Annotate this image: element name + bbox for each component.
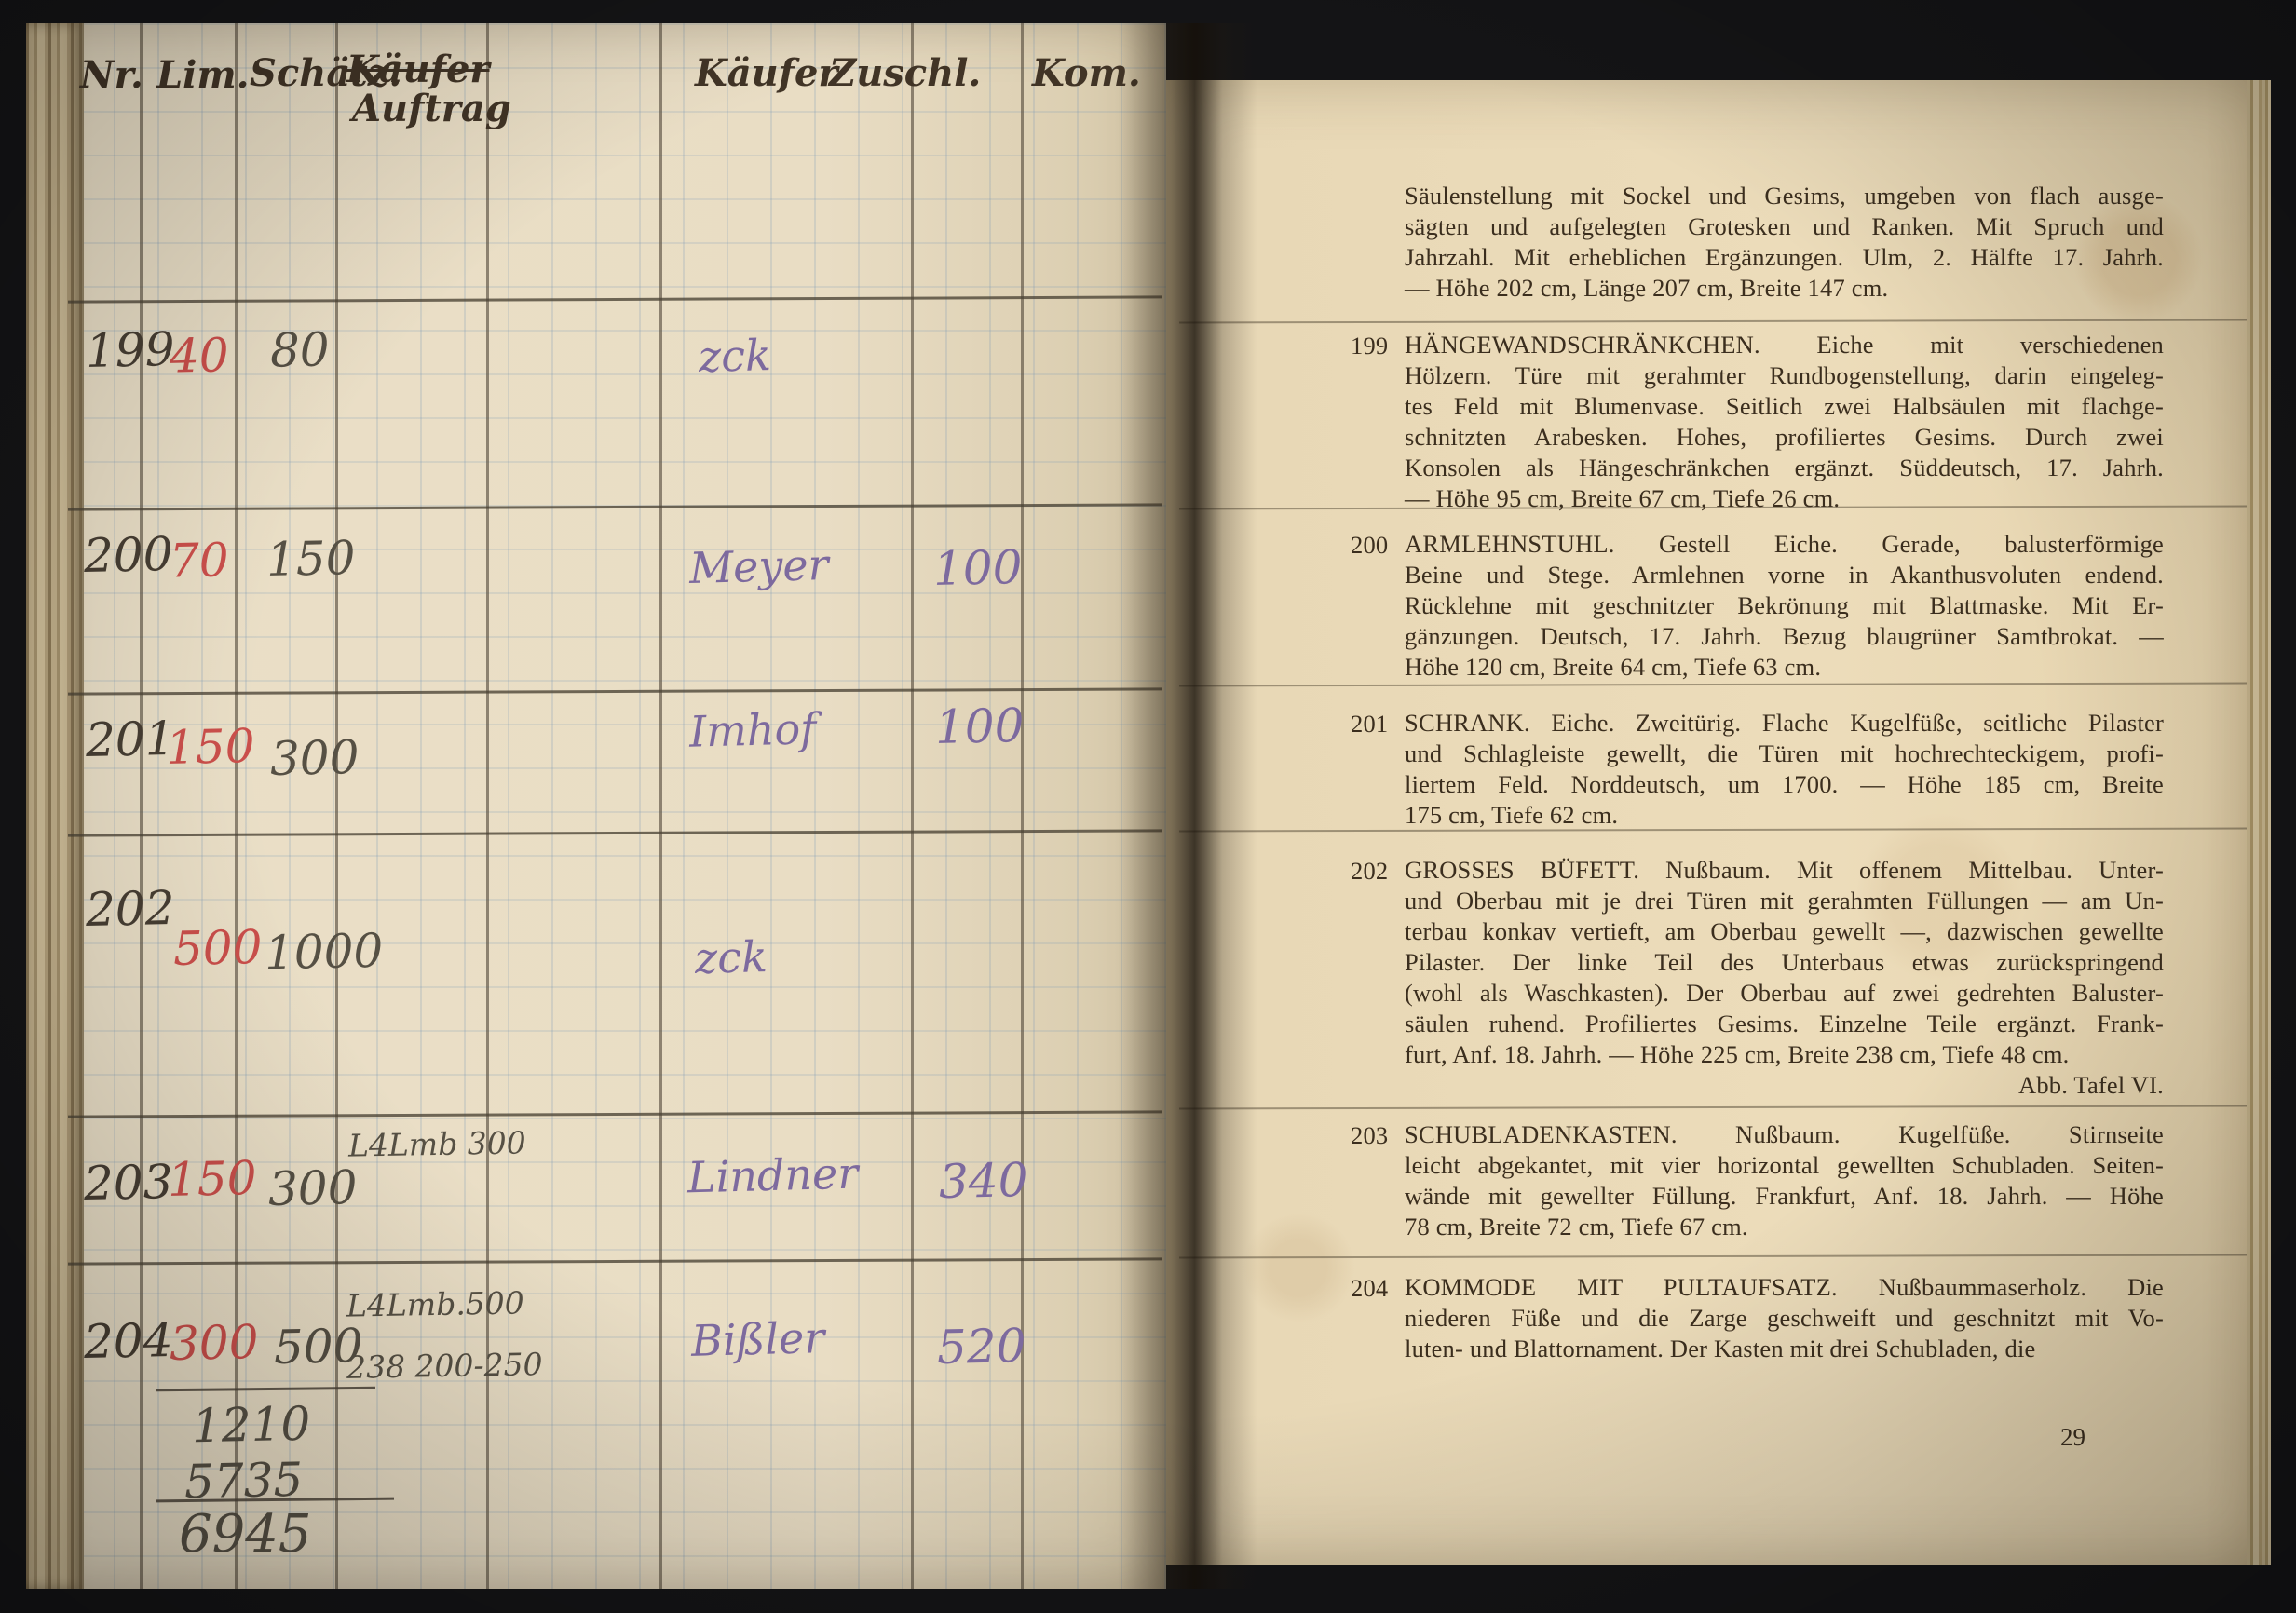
cell-zuschl: 340 bbox=[938, 1153, 1028, 1209]
catalog-entry-202: 202 GROSSES BÜFETT. Nußbaum. Mit offenem… bbox=[1405, 855, 2164, 1101]
cell-schaetz: 300 bbox=[267, 1160, 358, 1216]
cell-nr: 200 bbox=[83, 527, 173, 583]
cell-lim: 150 bbox=[167, 1151, 257, 1207]
row-separator bbox=[68, 687, 1162, 695]
crease-line bbox=[1179, 682, 2260, 686]
cell-lim: 300 bbox=[169, 1315, 259, 1371]
cell-schaetz: 150 bbox=[265, 531, 356, 587]
cell-nr: 201 bbox=[85, 712, 175, 767]
book-gutter-shadow bbox=[1118, 23, 1257, 1589]
cell-nr: 199 bbox=[85, 322, 175, 378]
lot-number: 203 bbox=[1351, 1120, 1388, 1151]
row-separator bbox=[68, 503, 1162, 510]
cell-lim: 70 bbox=[169, 533, 229, 588]
entry-text: HÄNGEWANDSCHRÄNKCHEN. Eiche mit verschie… bbox=[1405, 330, 2164, 514]
cell-schaetz: 300 bbox=[269, 730, 360, 786]
lot-number: 201 bbox=[1351, 709, 1388, 739]
page-edge-stack bbox=[26, 23, 84, 1589]
cell-auftrag-2: 238 200-250 bbox=[346, 1346, 543, 1386]
header-zuschl: Zuschl. bbox=[829, 51, 981, 95]
page-edge-stack bbox=[2247, 80, 2271, 1565]
book-spread-photo: Nr. Lim. Schätz. Käufer Auftrag Käufer Z… bbox=[0, 0, 2296, 1613]
page-number: 29 bbox=[2060, 1423, 2085, 1452]
header-nr: Nr. bbox=[80, 53, 143, 97]
entry-text: KOMMODE MIT PULTAUFSATZ. Nußbaummaserhol… bbox=[1405, 1272, 2164, 1364]
column-rule bbox=[911, 23, 914, 1589]
cell-auftrag: L4Lmb 300 bbox=[348, 1124, 526, 1163]
lot-number: 200 bbox=[1351, 530, 1388, 561]
cell-nr: 203 bbox=[83, 1155, 173, 1211]
row-separator bbox=[68, 1257, 1162, 1265]
entry-text: ARMLEHNSTUHL. Gestell Eiche. Gerade, bal… bbox=[1405, 529, 2164, 683]
grand-total: 6945 bbox=[179, 1504, 312, 1565]
header-lim: Lim. bbox=[156, 53, 250, 97]
cell-nr: 202 bbox=[85, 881, 175, 937]
catalog-entry-199: 199 HÄNGEWANDSCHRÄNKCHEN. Eiche mit vers… bbox=[1405, 330, 2164, 514]
entry-text: Säulenstellung mit Sockel und Gesims, um… bbox=[1405, 181, 2164, 304]
cell-kaeufer: Meyer bbox=[688, 539, 829, 593]
cell-nr: 204 bbox=[83, 1313, 173, 1369]
cell-kaeufer: Bißler bbox=[690, 1312, 825, 1366]
cell-lim: 40 bbox=[169, 328, 229, 383]
row-separator bbox=[68, 295, 1162, 303]
ledger-page: Nr. Lim. Schätz. Käufer Auftrag Käufer Z… bbox=[26, 23, 1166, 1589]
entry-plate-reference: Abb. Tafel VI. bbox=[1405, 1070, 2164, 1101]
catalog-intro-paragraph: Säulenstellung mit Sockel und Gesims, um… bbox=[1405, 181, 2164, 304]
catalog-page: Säulenstellung mit Sockel und Gesims, um… bbox=[1166, 80, 2271, 1565]
crease-line bbox=[1179, 1254, 2260, 1258]
cell-zuschl: 100 bbox=[934, 698, 1025, 754]
header-auftrag: Auftrag bbox=[352, 87, 511, 130]
cell-kaeufer: Imhof bbox=[688, 703, 817, 757]
cell-kaeufer: zck bbox=[698, 330, 771, 382]
entry-text: SCHUBLADENKASTEN. Nußbaum. Kugelfüße. St… bbox=[1405, 1119, 2164, 1242]
header-kaeufer-struck: Käufer bbox=[346, 47, 490, 91]
catalog-entry-200: 200 ARMLEHNSTUHL. Gestell Eiche. Gerade,… bbox=[1405, 529, 2164, 683]
row-separator bbox=[68, 1110, 1162, 1118]
lot-number: 202 bbox=[1351, 856, 1388, 887]
entry-text: GROSSES BÜFETT. Nußbaum. Mit offenem Mit… bbox=[1405, 855, 2164, 1070]
cell-lim: 500 bbox=[172, 920, 263, 976]
crease-line bbox=[1179, 1105, 2260, 1109]
row-separator bbox=[68, 829, 1162, 836]
column-rule bbox=[659, 23, 662, 1589]
catalog-entry-204: 204 KOMMODE MIT PULTAUFSATZ. Nußbaummase… bbox=[1405, 1272, 2164, 1364]
cell-schaetz: 80 bbox=[269, 322, 330, 377]
header-kaeufer: Käufer bbox=[695, 51, 838, 95]
subtotal-1: 1210 bbox=[191, 1397, 310, 1454]
cell-kaeufer: zck bbox=[694, 931, 768, 983]
sum-rule bbox=[156, 1387, 375, 1391]
cell-schaetz: 1000 bbox=[264, 924, 383, 981]
cell-zuschl: 520 bbox=[936, 1319, 1026, 1375]
crease-line bbox=[1179, 319, 2260, 323]
cell-zuschl: 100 bbox=[932, 540, 1023, 596]
cell-lim: 150 bbox=[165, 719, 255, 775]
lot-number: 204 bbox=[1351, 1273, 1388, 1304]
entry-text: SCHRANK. Eiche. Zweitürig. Flache Kugelf… bbox=[1405, 708, 2164, 831]
lot-number: 199 bbox=[1351, 331, 1388, 361]
cell-kaeufer: Lindner bbox=[686, 1148, 859, 1203]
catalog-entry-201: 201 SCHRANK. Eiche. Zweitürig. Flache Ku… bbox=[1405, 708, 2164, 831]
cell-auftrag: L4Lmb.500 bbox=[346, 1284, 524, 1323]
catalog-entry-203: 203 SCHUBLADENKASTEN. Nußbaum. Kugelfüße… bbox=[1405, 1119, 2164, 1242]
